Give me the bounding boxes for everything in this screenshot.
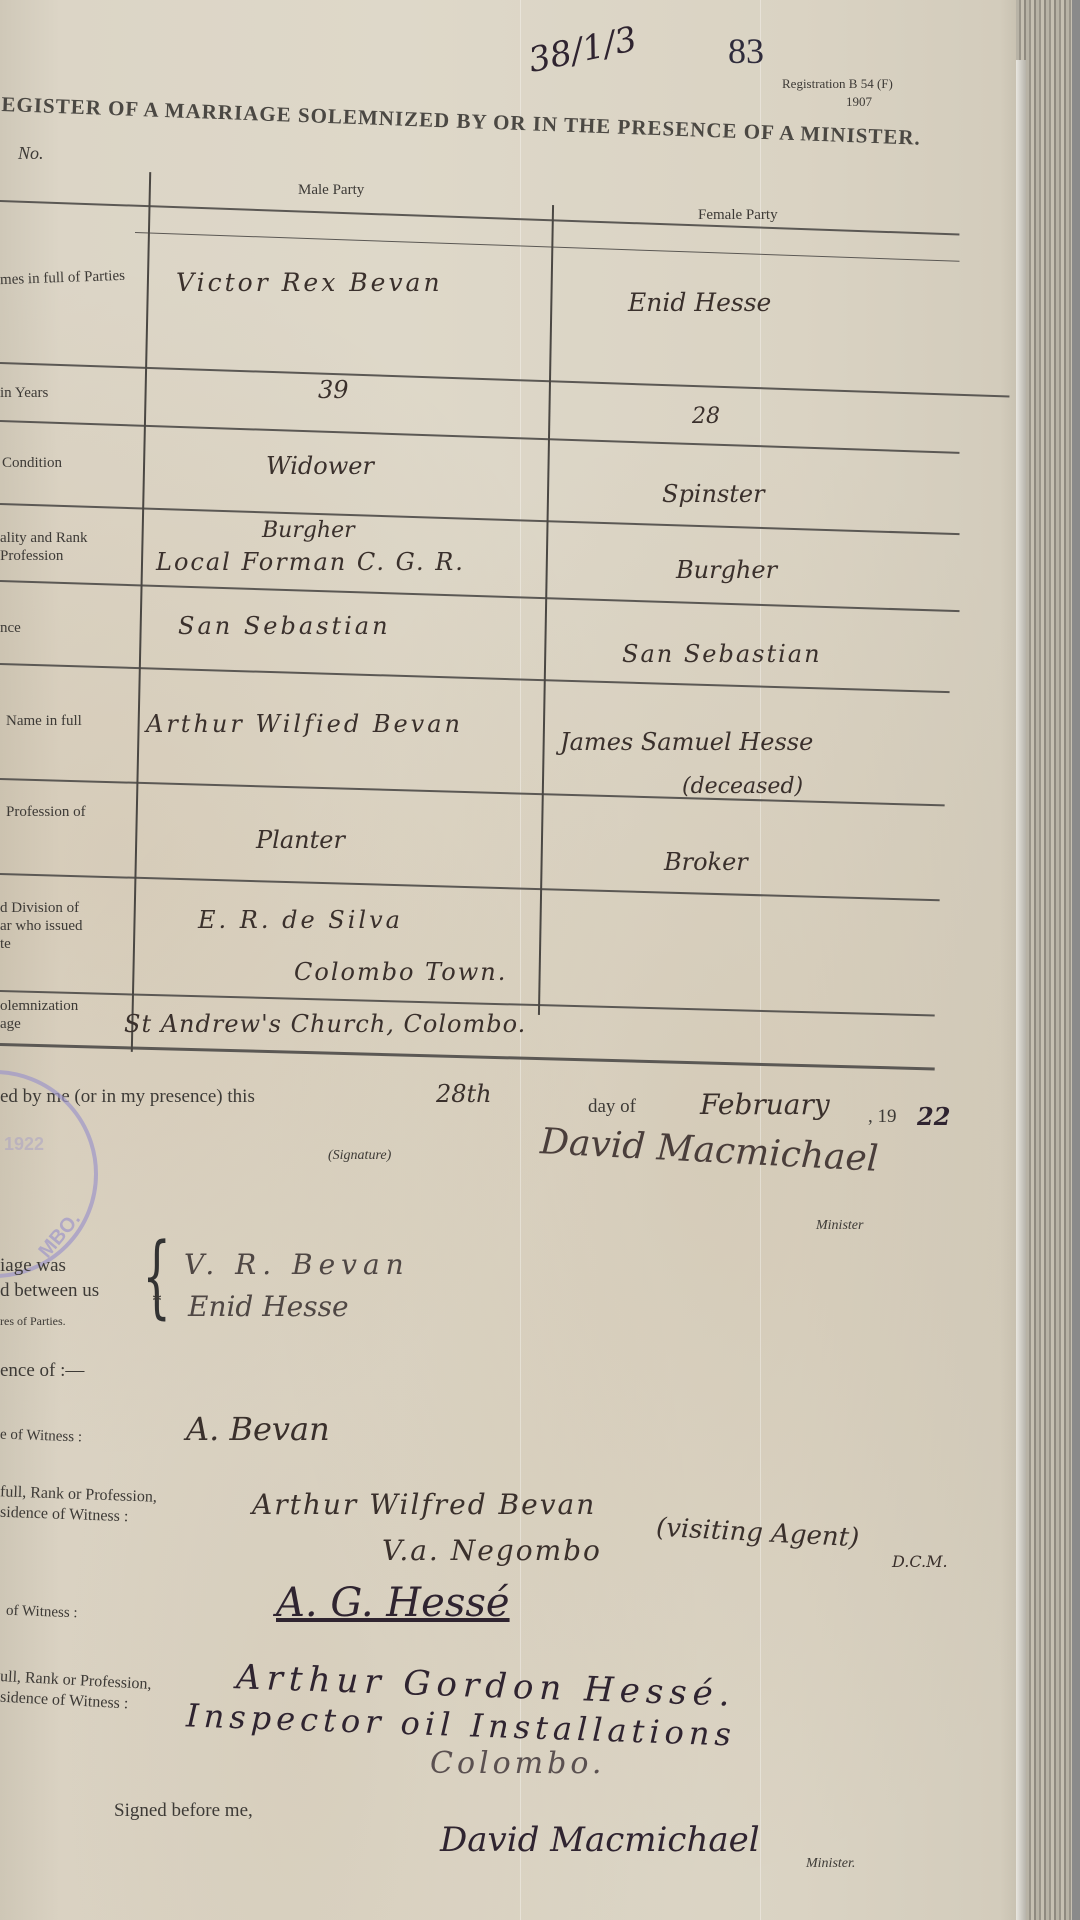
parties-label-3: res of Parties. xyxy=(0,1314,66,1329)
form-code: Registration B 54 (F) xyxy=(782,76,893,92)
witness1-signature: A. Bevan xyxy=(186,1410,330,1448)
party-column-rule xyxy=(538,205,554,1015)
witness1-initials: D.C.M. xyxy=(892,1552,948,1571)
male-father-name: Arthur Wilfied Bevan xyxy=(146,710,463,738)
row-label-place: olemnization xyxy=(0,998,78,1015)
registrar-name: E. R. de Silva xyxy=(198,906,403,934)
page-number: 83 xyxy=(728,30,764,72)
label-column-rule xyxy=(131,172,151,1052)
row-label-names: mes in full of Parties xyxy=(0,268,125,289)
row-rule xyxy=(0,873,940,901)
signed-before-label: Signed before me, xyxy=(114,1800,253,1822)
row-rule xyxy=(0,362,1009,397)
male-father-profession: Planter xyxy=(256,826,345,854)
row-label-rank-2: Profession xyxy=(0,548,63,565)
final-minister-role: Minister. xyxy=(806,1856,855,1872)
male-party-header: Male Party xyxy=(298,182,364,199)
female-rank: Burgher xyxy=(676,556,777,584)
book-edge-highlight xyxy=(1016,60,1026,1920)
table-top-rule xyxy=(0,200,959,236)
declaration-day: 28th xyxy=(436,1080,492,1108)
male-name: Victor Rex Bevan xyxy=(176,268,443,297)
background-strip xyxy=(1072,0,1080,1920)
witness1-name: Arthur Wilfred Bevan xyxy=(252,1488,596,1521)
handwritten-reference: 38/1/3 xyxy=(525,19,640,81)
witness1-residence: V.a. Negombo xyxy=(382,1534,602,1567)
female-age: 28 xyxy=(692,404,720,429)
parties-label-2: d between us xyxy=(0,1280,99,1302)
male-rank: Burgher xyxy=(262,518,355,543)
female-name: Enid Hesse xyxy=(628,288,771,317)
witness1-sig-label: e of Witness : xyxy=(0,1427,82,1447)
declaration-month: February xyxy=(700,1088,830,1121)
groom-signature: V. R. Bevan xyxy=(184,1248,410,1281)
female-father-name: James Samuel Hesse xyxy=(560,728,813,756)
register-page: 38/1/3 83 Registration B 54 (F) 1907 EGI… xyxy=(0,0,1016,1920)
row-rule xyxy=(0,503,960,535)
row-label-condition: Condition xyxy=(2,455,62,472)
male-condition: Widower xyxy=(266,452,374,480)
minister-role: Minister xyxy=(816,1218,863,1234)
row-label-rank: ality and Rank xyxy=(0,530,87,547)
female-father-profession: Broker xyxy=(664,848,748,876)
female-party-header: Female Party xyxy=(698,207,778,224)
row-rule xyxy=(0,580,960,612)
witness2-sig-label: of Witness : xyxy=(6,1603,78,1622)
presence-label: ence of :— xyxy=(0,1360,84,1382)
row-label-age: in Years xyxy=(0,385,48,402)
entry-number-label: No. xyxy=(18,143,44,164)
witness2-residence: Colombo. xyxy=(430,1746,605,1781)
female-residence: San Sebastian xyxy=(622,640,822,668)
row-label-father-profession: Profession of xyxy=(6,804,86,821)
female-condition: Spinster xyxy=(662,480,765,508)
row-label-residence: nce xyxy=(0,620,21,637)
row-label-registrar: d Division of xyxy=(0,900,79,917)
place-of-solemnization: St Andrew's Church, Colombo. xyxy=(124,1010,526,1038)
signature-label: (Signature) xyxy=(328,1148,391,1164)
female-father-note: (deceased) xyxy=(682,774,803,799)
witness1-details-label-1: full, Rank or Profession, xyxy=(0,1483,157,1506)
form-year: 1907 xyxy=(846,94,872,110)
row-label-place-2: age xyxy=(0,1016,21,1033)
male-residence: San Sebastian xyxy=(178,612,391,640)
row-label-registrar-3: te xyxy=(0,936,11,953)
witness1-profession: (visiting Agent) xyxy=(655,1513,860,1554)
table-bottom-rule xyxy=(0,1043,935,1070)
year-suffix: 22 xyxy=(917,1102,950,1131)
parties-label-1: iage was xyxy=(0,1255,66,1277)
bride-signature: Enid Hesse xyxy=(188,1290,349,1323)
table-header-rule xyxy=(135,232,960,262)
row-label-registrar-2: ar who issued xyxy=(0,918,83,935)
male-profession: Local Forman C. G. R. xyxy=(156,548,465,576)
registrar-division: Colombo Town. xyxy=(294,958,507,986)
minister-signature: David Macmichael xyxy=(539,1121,879,1180)
day-of-label: day of xyxy=(588,1096,636,1118)
page-fold xyxy=(520,0,521,1920)
year-prefix: , 19 xyxy=(868,1106,897,1128)
asterisk: * xyxy=(152,1290,162,1313)
witness2-details-label-2: sidence of Witness : xyxy=(0,1689,129,1714)
stamp-year: 1922 xyxy=(4,1134,44,1155)
witness1-details-label-2: sidence of Witness : xyxy=(0,1504,129,1526)
male-age: 39 xyxy=(318,376,349,404)
final-minister-signature: David Macmichael xyxy=(440,1820,760,1860)
row-label-father-name: Name in full xyxy=(6,713,82,730)
page-title: EGISTER OF A MARRIAGE SOLEMNIZED BY OR I… xyxy=(1,92,921,151)
witness2-signature: A. G. Hessé xyxy=(276,1580,510,1626)
